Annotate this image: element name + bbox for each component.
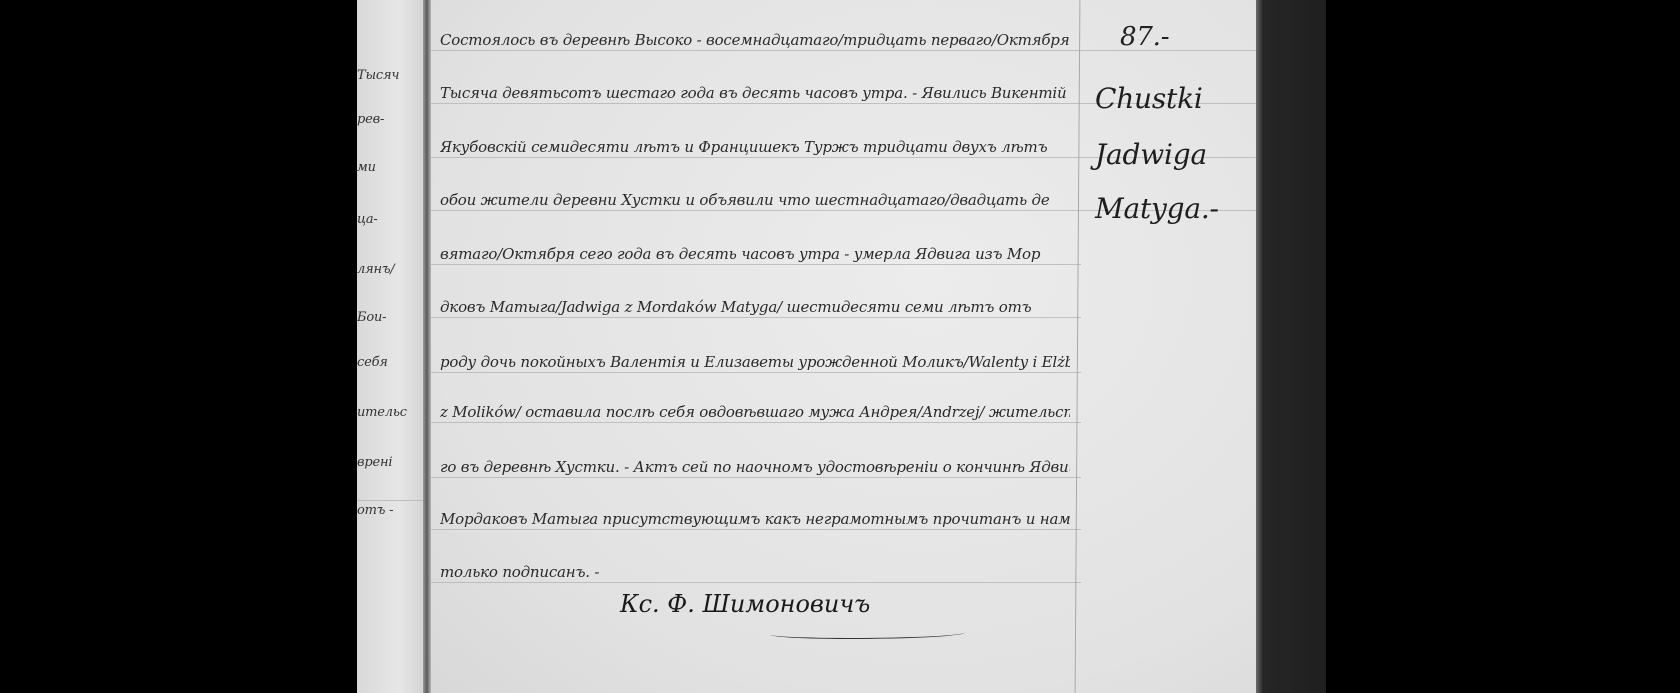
record-text-line: Тысяча девятьсотъ шестаго года въ десять… [440,84,1070,102]
ruled-line [357,500,423,501]
record-text-line: Якубовскій семидесяти лѣтъ и Францишекъ … [440,138,1070,156]
record-text-line: дковъ Матыга/Jadwiga z Mordaków Matyga/ … [440,298,1070,316]
record-text-line: z Molików/ оставила послѣ себя овдовѣвша… [440,403,1070,421]
record-text-line: роду дочь покойныхъ Валентія и Елизаветы… [440,353,1070,371]
left-margin-fragment: отъ - [357,503,423,518]
priest-signature: Кс. Ф. Шимоновичъ [620,590,870,618]
book-gutter [423,0,431,693]
left-margin-fragment: рев- [357,112,423,127]
left-margin-fragment: Бои- [357,310,423,325]
record-text-line: только подписанъ. - [440,563,620,581]
record-text-line: обоu жители деревни Хустки и объявили чт… [440,191,1070,209]
left-margin-fragment: ца- [357,212,423,227]
margin-name-village: Chustki [1095,82,1203,115]
ruled-line [431,372,1081,373]
book-cover-edge [1256,0,1326,693]
document-scan: Тысяч рев- ми ца- лянъ/ Бои- себя ительс… [0,0,1680,693]
record-text-line: вятаго/Октября сего года въ десять часов… [440,245,1070,263]
left-margin-fragment: Тысяч [357,68,423,83]
margin-name-surname: Matyga.- [1095,192,1219,225]
ruled-line [431,422,1081,423]
ruled-line [431,477,1081,478]
record-text-line: Мордаковъ Матыга присутствующимъ какъ не… [440,510,1070,528]
left-margin-fragment: врені [357,455,423,470]
entry-number: 87.- [1120,22,1169,52]
left-page-edge [357,0,427,693]
record-text-line: Состоялось въ деревнѣ Высоко - восемнадц… [440,31,1070,49]
ruled-line [431,582,1081,583]
left-margin-fragment: себя [357,355,423,370]
left-margin-fragment: ми [357,160,423,175]
left-margin-fragment: лянъ/ [357,262,423,277]
ruled-line [431,529,1081,530]
ruled-line [431,317,1081,318]
left-margin-fragment: ительс [357,405,423,420]
ruled-line [431,264,1081,265]
record-text-line: го въ деревнѣ Хустки. - Актъ сей по наоч… [440,458,1070,476]
margin-name-given: Jadwiga [1095,138,1207,171]
